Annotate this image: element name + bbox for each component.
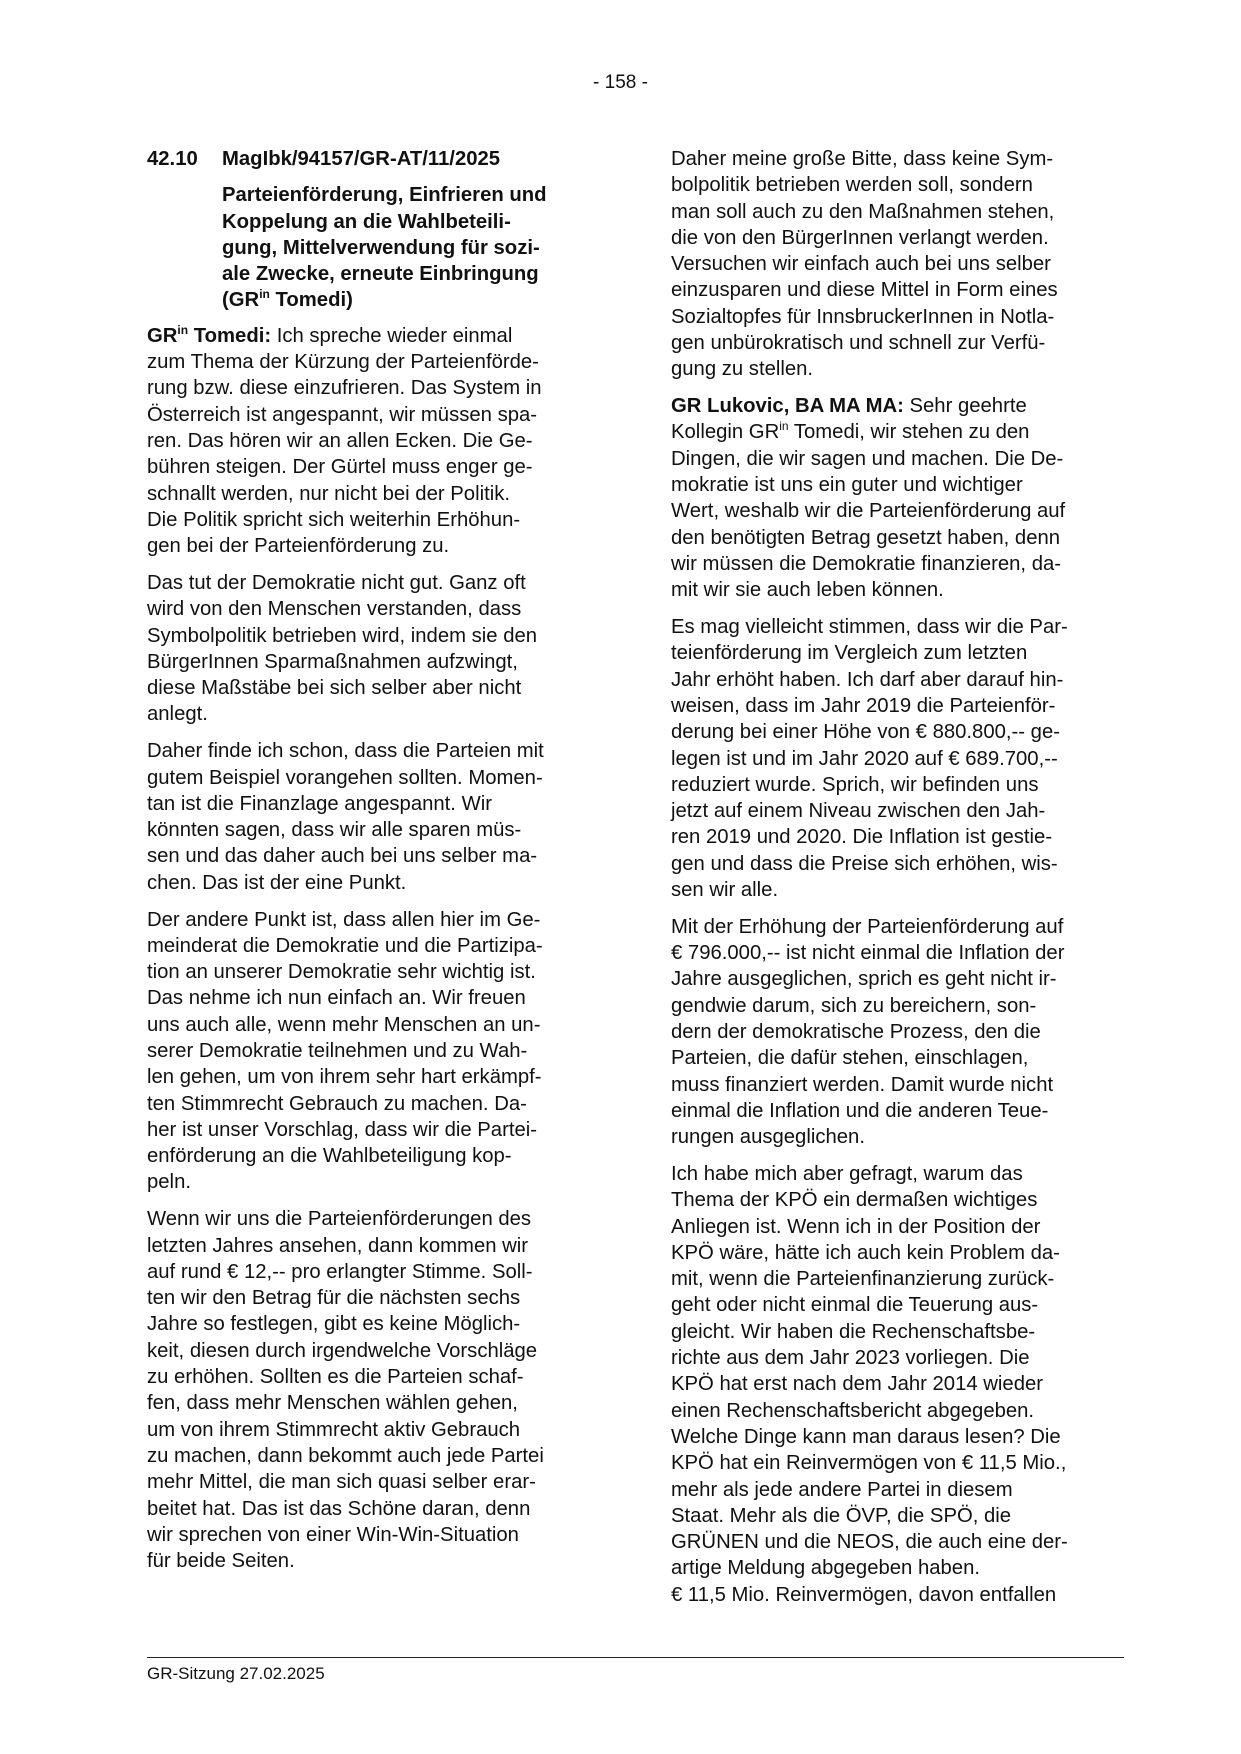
footer-session-date: GR-Sitzung 27.02.2025 — [147, 1664, 325, 1684]
page-number: - 158 - — [0, 72, 1241, 94]
agenda-item-number: 42.10 — [147, 146, 222, 172]
agenda-item-title: Parteienförderung, Einfrieren und Koppel… — [222, 182, 597, 313]
speech-paragraph: Ich habe mich aber gefragt, warum das Th… — [671, 1161, 1126, 1608]
speaker-name: GR Lukovic, BA MA MA: — [671, 395, 904, 417]
speech-paragraph: Das tut der Demokratie nicht gut. Ganz o… — [147, 570, 597, 728]
speech-paragraph: Der andere Punkt ist, dass allen hier im… — [147, 907, 597, 1196]
speech-paragraph-lukovic: GR Lukovic, BA MA MA: Sehr geehrte Kolle… — [671, 393, 1126, 603]
speech-paragraph: Daher meine große Bitte, dass keine Sym-… — [671, 146, 1126, 383]
right-column: Daher meine große Bitte, dass keine Sym-… — [671, 146, 1126, 1619]
speech-paragraph: Daher finde ich schon, dass die Parteien… — [147, 738, 597, 896]
speaker-name: GRin Tomedi: — [147, 325, 271, 347]
speech-paragraph-tomedi: GRin Tomedi: Ich spreche wieder einmal z… — [147, 323, 597, 560]
footer-divider — [147, 1657, 1124, 1658]
agenda-item-heading: 42.10 MagIbk/94157/GR-AT/11/2025 — [147, 146, 597, 172]
speech-paragraph: Es mag vielleicht stimmen, dass wir die … — [671, 614, 1126, 903]
left-column: 42.10 MagIbk/94157/GR-AT/11/2025 Parteie… — [147, 146, 597, 1585]
speech-paragraph: Wenn wir uns die Parteienförderungen des… — [147, 1206, 597, 1574]
speech-paragraph: Mit der Erhöhung der Parteienförderung a… — [671, 914, 1126, 1151]
agenda-item-id: MagIbk/94157/GR-AT/11/2025 — [222, 146, 597, 172]
